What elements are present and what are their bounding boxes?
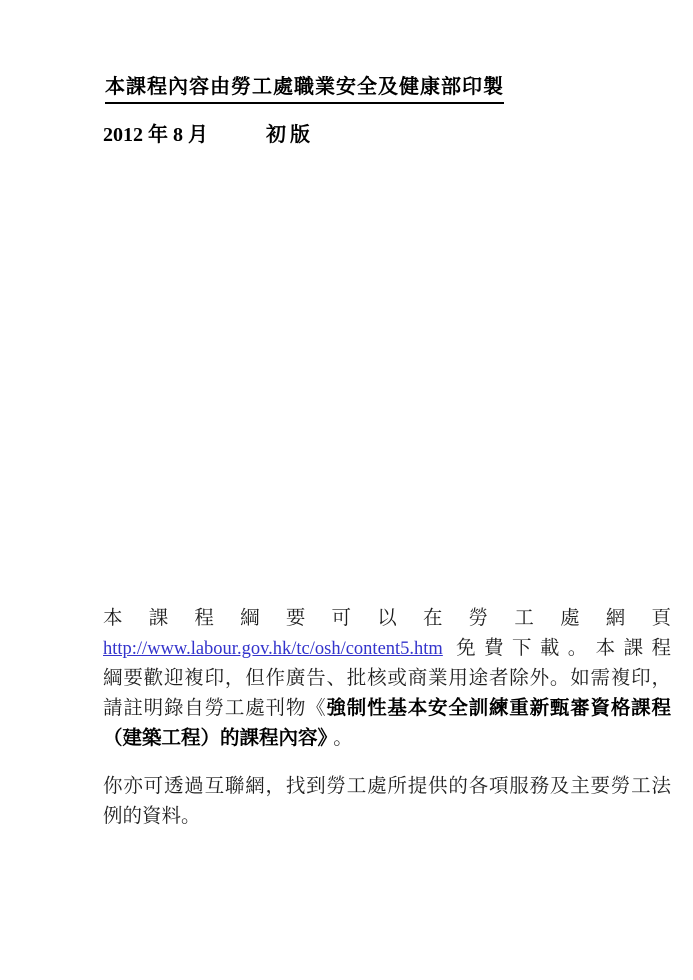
publication-title-bold-continued: （建築工程）的課程內容》 [103,728,327,749]
paragraph-download-line1: 本課程綱要可以在勞工處網頁 [103,604,671,634]
document-page: 本課程內容由勞工處職業安全及健康部印製 2012 年 8 月初版 本課程綱要可以… [0,0,693,980]
edition-label: 初版 [266,124,314,146]
publication-date: 2012 年 8 月 [103,124,208,146]
publication-title-bold: 強制性基本安全訓練重新甄審資格課程 [326,698,671,719]
paragraph-internet-line1: 你亦可透過互聯網，找到勞工處所提供的各項服務及主要勞工法 [103,772,671,802]
paragraph-download-line2-text: 免費下載。本課程 [456,638,671,659]
sentence-period: 。 [333,728,353,749]
page-title: 本課程內容由勞工處職業安全及健康部印製 [105,70,504,104]
paragraph-download-line2: http://www.labour.gov.hk/tc/osh/content5… [103,634,671,664]
paragraph-internet: 你亦可透過互聯網，找到勞工處所提供的各項服務及主要勞工法 例的資料。 [103,772,671,832]
edition-line: 2012 年 8 月初版 [103,118,314,147]
paragraph-download-line4: 請註明錄自勞工處刊物《強制性基本安全訓練重新甄審資格課程 [103,694,671,724]
paragraph-download-line5: （建築工程）的課程內容》。 [103,724,671,754]
labour-dept-url-link[interactable]: http://www.labour.gov.hk/tc/osh/content5… [103,639,443,659]
paragraph-download: 本課程綱要可以在勞工處網頁 http://www.labour.gov.hk/t… [103,604,671,754]
paragraph-download-line4-regular: 請註明錄自勞工處刊物《 [103,698,326,719]
paragraph-download-line3: 綱要歡迎複印，但作廣告、批核或商業用途者除外。如需複印， [103,664,671,694]
paragraph-internet-line2: 例的資料。 [103,802,671,832]
